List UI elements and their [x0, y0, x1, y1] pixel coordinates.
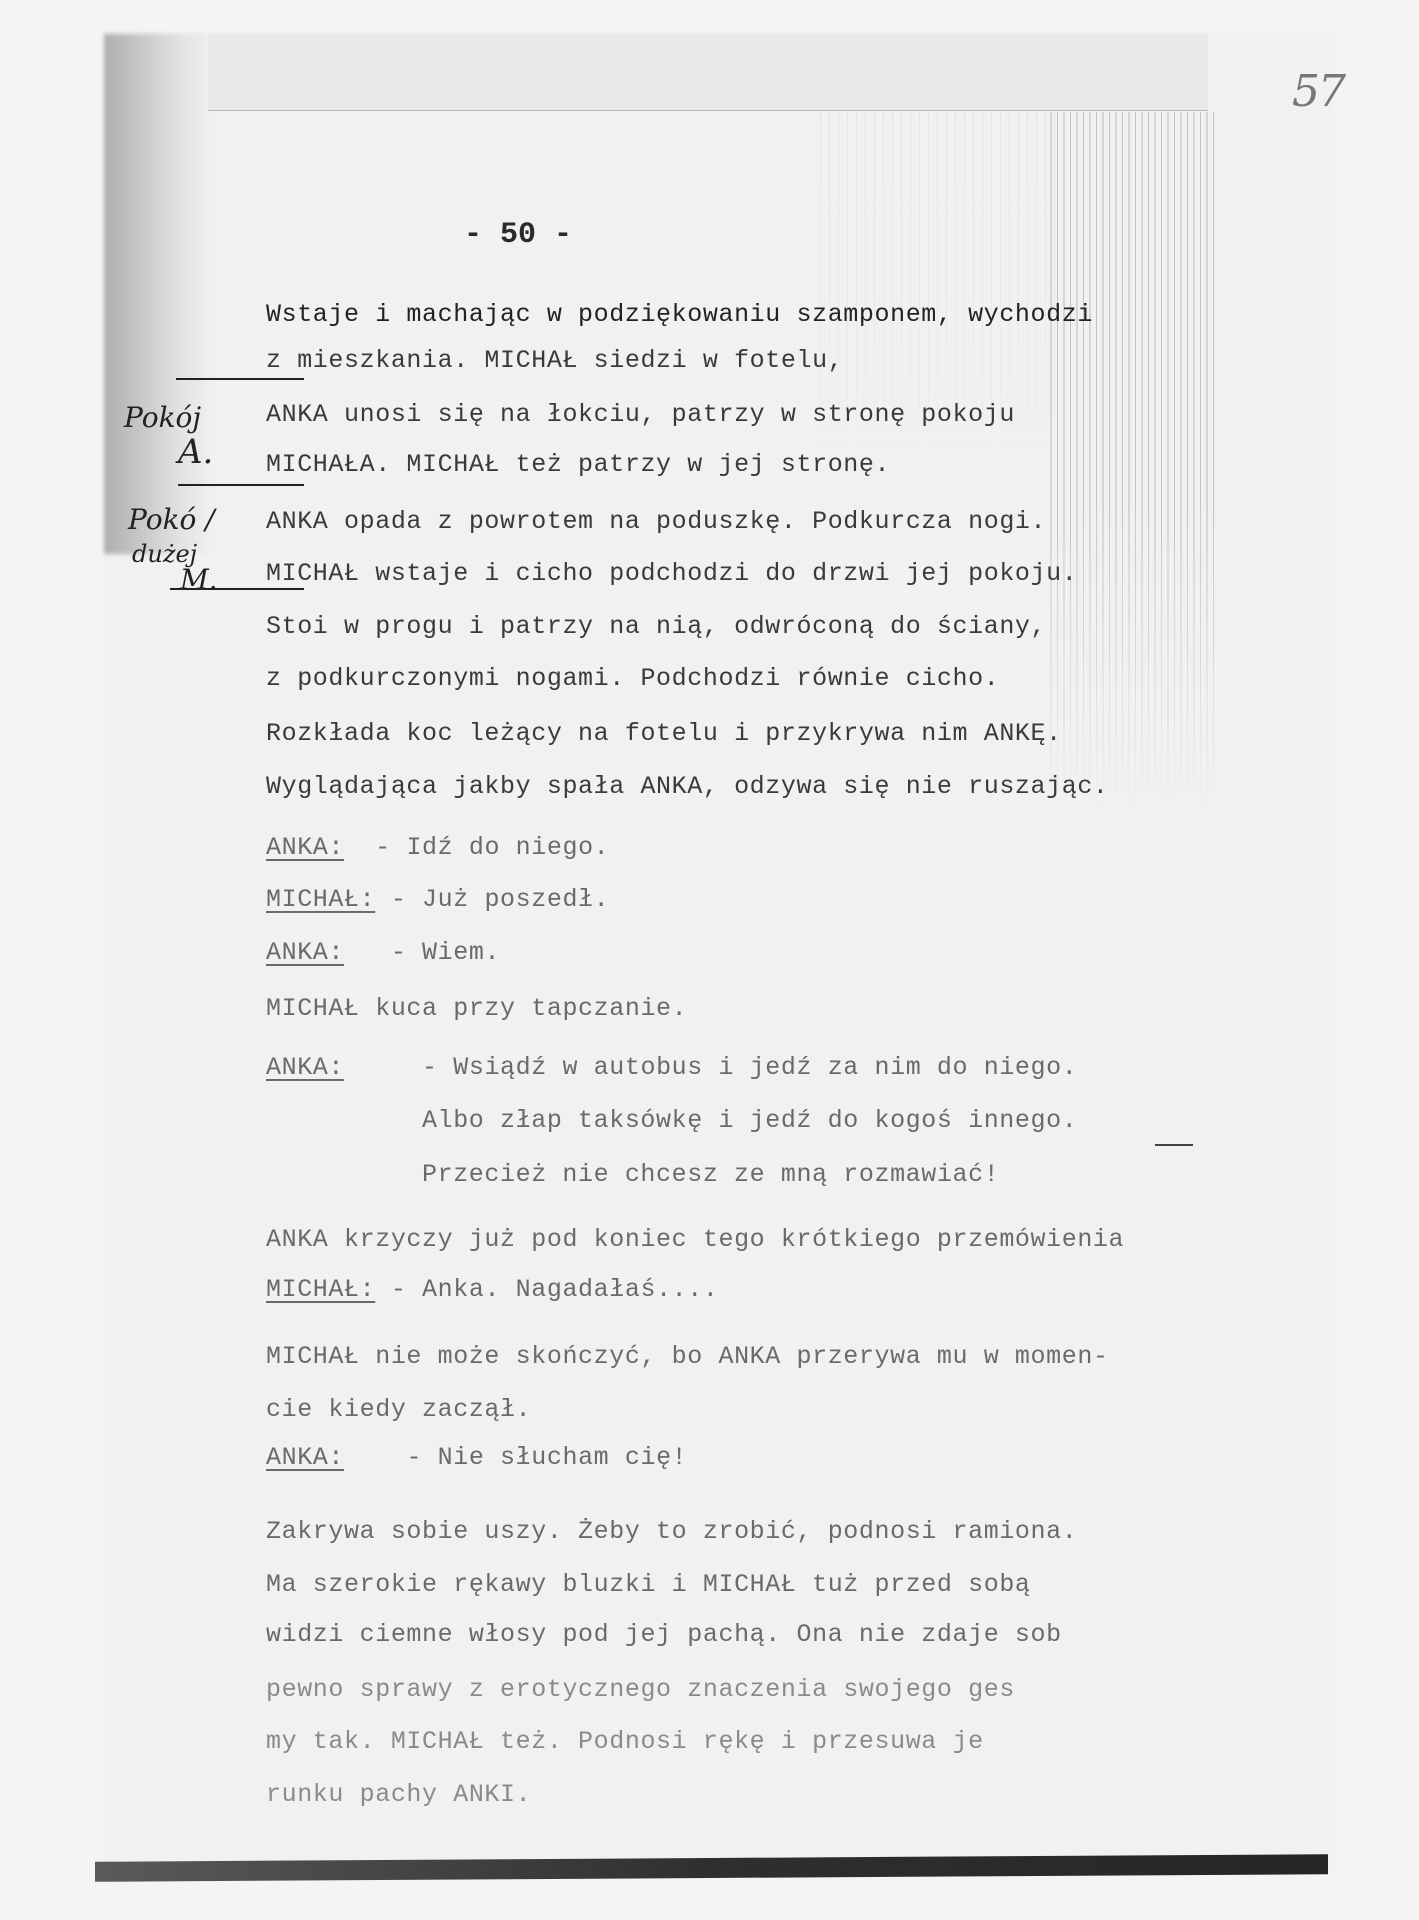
- dialogue-line: MICHAŁ: - Już poszedł.: [266, 885, 609, 914]
- page-number: - 50 -: [464, 218, 572, 252]
- text-line: pewno sprawy z erotycznego znaczenia swo…: [266, 1675, 1015, 1704]
- dialogue-text: - Wsiądź w autobus i jedź za nim do nieg…: [422, 1053, 1077, 1082]
- speaker-name: MICHAŁ:: [266, 1275, 375, 1304]
- text-line: MICHAŁA. MICHAŁ też patrzy w jej stronę.: [266, 450, 890, 479]
- dialogue-text: - Już poszedł.: [391, 885, 609, 914]
- text-line: my tak. MICHAŁ też. Podnosi rękę i przes…: [266, 1727, 984, 1756]
- dialogue-text: - Anka. Nagadałaś....: [391, 1275, 719, 1304]
- text-line: ANKA unosi się na łokciu, patrzy w stron…: [266, 400, 1015, 429]
- margin-note-1b: A.: [178, 438, 213, 466]
- dialogue-line: ANKA: - Idź do niego.: [266, 833, 609, 862]
- margin-note-2a: Pokó /: [128, 506, 215, 534]
- dialogue-line: MICHAŁ: - Anka. Nagadałaś....: [266, 1275, 718, 1304]
- margin-dash: [1155, 1144, 1193, 1146]
- text-line: Ma szerokie rękawy bluzki i MICHAŁ tuż p…: [266, 1570, 1031, 1599]
- margin-rule: [178, 484, 304, 486]
- text-line: MICHAŁ wstaje i cicho podchodzi do drzwi…: [266, 559, 1077, 588]
- text-line: MICHAŁ kuca przy tapczanie.: [266, 994, 687, 1023]
- margin-rule: [176, 378, 304, 380]
- dialogue-line: ANKA: - Wsiądź w autobus i jedź za nim d…: [266, 1053, 1077, 1082]
- text-line: ANKA opada z powrotem na poduszkę. Podku…: [266, 507, 1046, 536]
- text-line: MICHAŁ nie może skończyć, bo ANKA przery…: [266, 1342, 1109, 1371]
- text-line: Zakrywa sobie uszy. Żeby to zrobić, podn…: [266, 1517, 1077, 1546]
- text-line: runku pachy ANKI.: [266, 1780, 531, 1809]
- dialogue-text: - Idź do niego.: [375, 833, 609, 862]
- margin-rule: [170, 588, 304, 590]
- dialogue-line: ANKA: - Wiem.: [266, 938, 500, 967]
- speaker-name: ANKA:: [266, 833, 344, 862]
- text-line: Stoi w progu i patrzy na nią, odwróconą …: [266, 612, 1046, 641]
- dialogue-text: Przecież nie chcesz ze mną rozmawiać!: [422, 1160, 999, 1189]
- dialogue-text: Albo złap taksówkę i jedź do kogoś inneg…: [422, 1106, 1077, 1135]
- text-line: z podkurczonymi nogami. Podchodzi równie…: [266, 664, 999, 693]
- speaker-name: MICHAŁ:: [266, 885, 375, 914]
- dialogue-text: - Wiem.: [391, 938, 500, 967]
- archive-page-number: 57: [1292, 66, 1344, 117]
- copy-smudge-left: [104, 34, 214, 554]
- dialogue-text: - Nie słucham cię!: [406, 1443, 687, 1472]
- text-line: Wstaje i machając w podziękowaniu szampo…: [266, 300, 1093, 329]
- text-line: widzi ciemne włosy pod jej pachą. Ona ni…: [266, 1620, 1062, 1649]
- text-line: Wyglądająca jakby spała ANKA, odzywa się…: [266, 772, 1109, 801]
- paper-overlap-strip: [208, 34, 1208, 111]
- speaker-name: ANKA:: [266, 1443, 344, 1472]
- speaker-name: ANKA:: [266, 938, 344, 967]
- copy-streaks: [1050, 112, 1215, 812]
- margin-note-1a: Pokój: [124, 404, 201, 432]
- text-line: cie kiedy zaczął.: [266, 1395, 531, 1424]
- text-line: ANKA krzyczy już pod koniec tego krótkie…: [266, 1225, 1124, 1254]
- text-line: Rozkłada koc leżący na fotelu i przykryw…: [266, 719, 1062, 748]
- text-line: z mieszkania. MICHAŁ siedzi w fotelu,: [266, 346, 843, 375]
- speaker-name: ANKA:: [266, 1053, 344, 1082]
- dialogue-line: ANKA: - Nie słucham cię!: [266, 1443, 687, 1472]
